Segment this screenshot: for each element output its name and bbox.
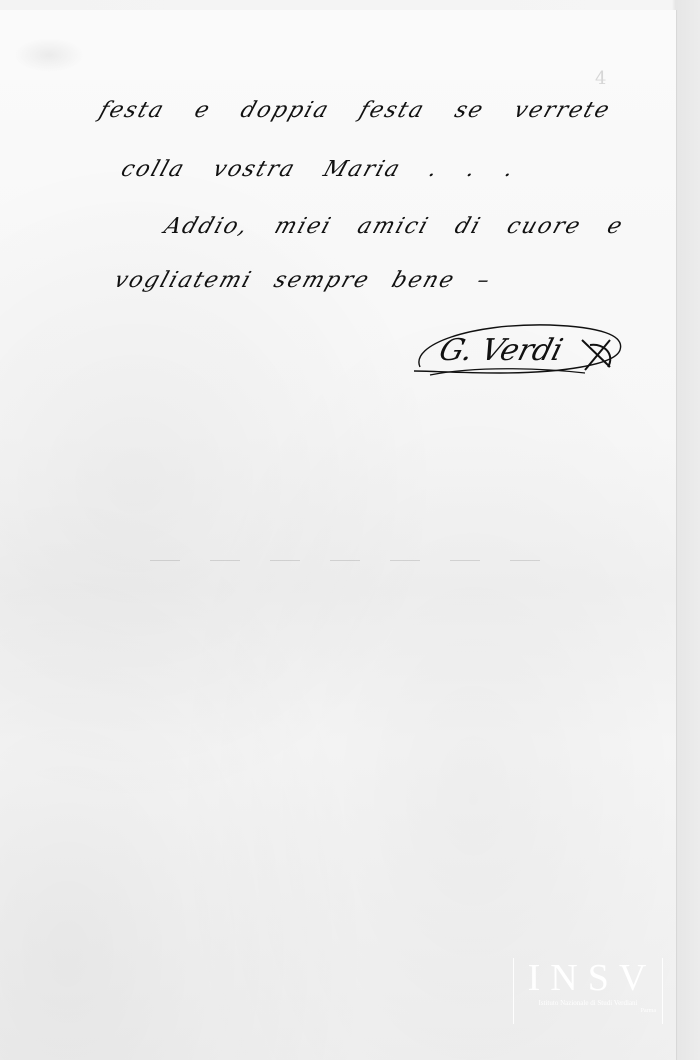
watermark-subtitle: Istituto Nazionale di Studi Verdiani — [514, 998, 662, 1008]
signature: G. Verdi — [410, 315, 630, 390]
letter-line-1: festa e doppia festa se verrete — [96, 98, 614, 123]
letter-text: festa e doppia festa se verrete colla vo… — [0, 0, 676, 420]
letter-line-3: Addio, miei amici di cuore e — [161, 214, 627, 239]
insv-watermark: INSV Istituto Nazionale di Studi Verdian… — [513, 958, 663, 1024]
watermark-letters: INSV — [514, 958, 662, 998]
signature-text: G. Verdi — [435, 333, 566, 368]
letter-line-4: vogliatemi sempre bene – — [111, 268, 495, 293]
watermark-city: Parma — [514, 1008, 662, 1014]
letter-line-2: colla vostra Maria . . . — [118, 157, 519, 182]
paper-fold-line — [150, 560, 550, 561]
